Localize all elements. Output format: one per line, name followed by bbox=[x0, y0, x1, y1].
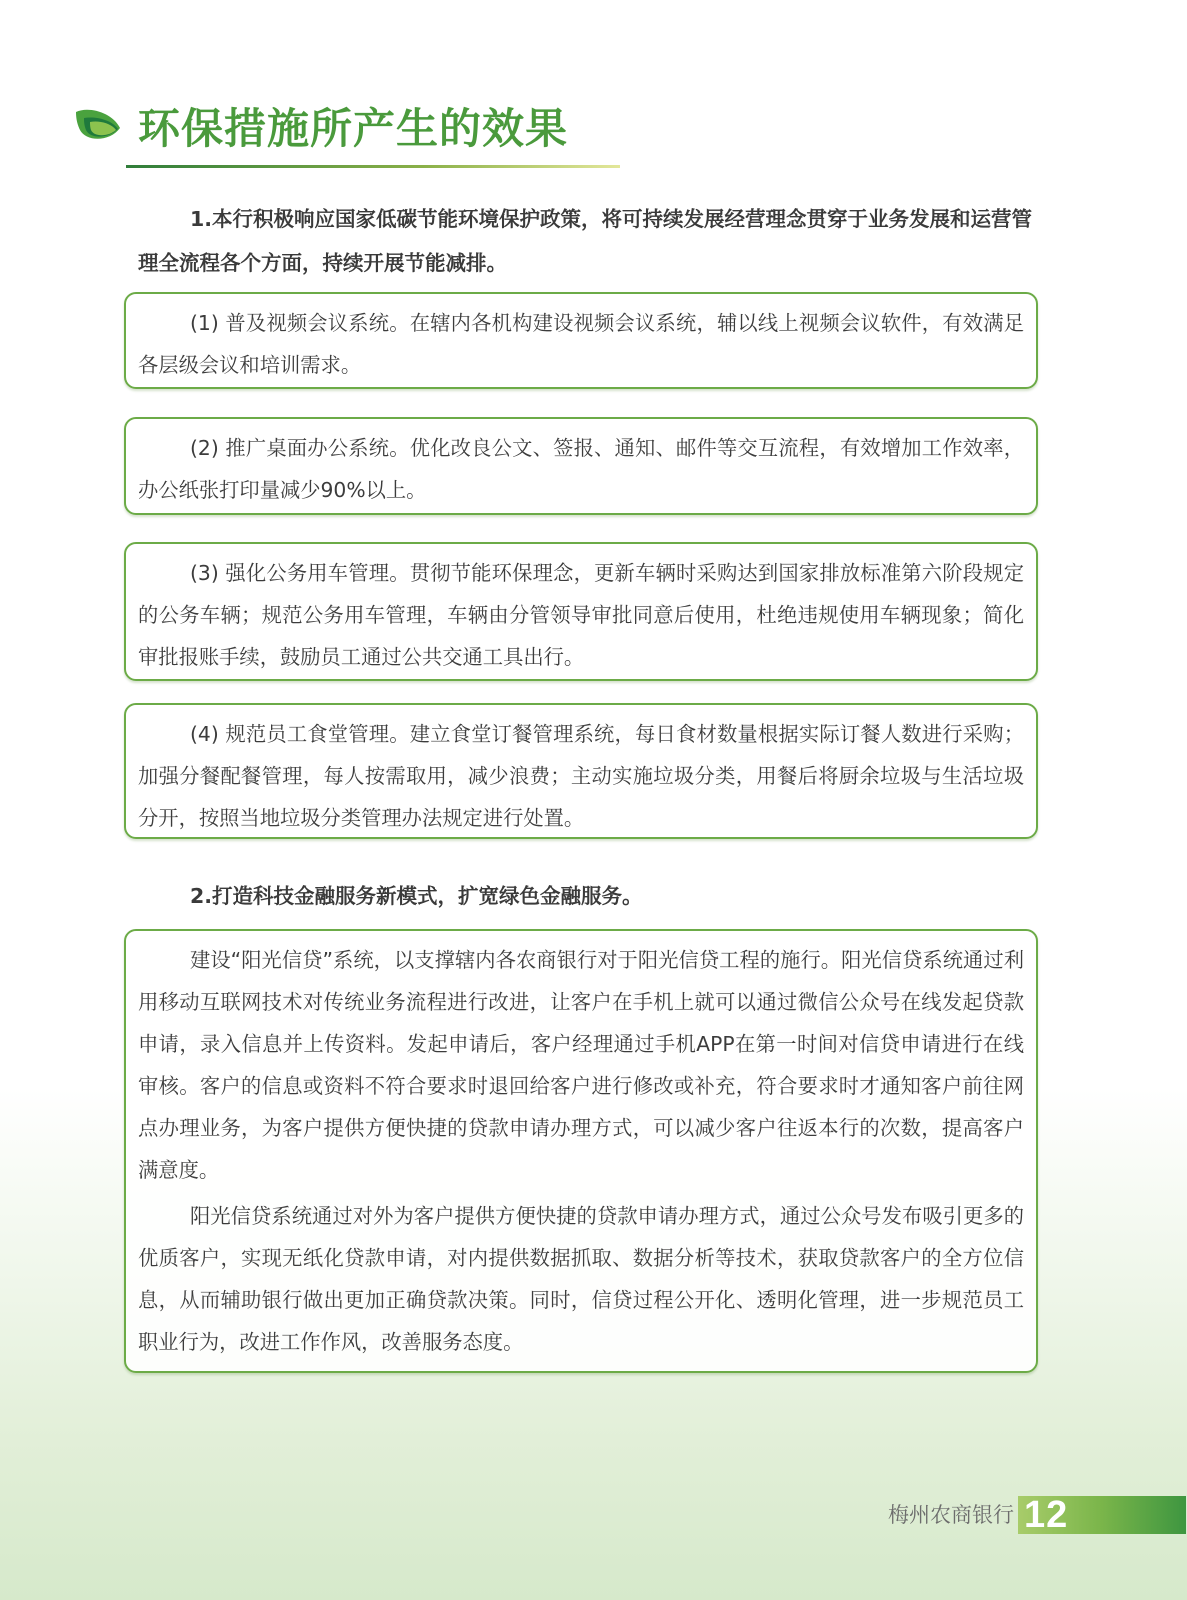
page-footer: 梅州农商银行 12 bbox=[888, 1495, 1186, 1535]
measure-text: (2) 推广桌面办公系统。优化改良公文、签报、通知、邮件等交互流程，有效增加工作… bbox=[138, 427, 1024, 511]
page-number: 12 bbox=[1024, 1496, 1068, 1534]
measure-box-vehicle-management: (3) 强化公务用车管理。贯彻节能环保理念，更新车辆时采购达到国家排放标准第六阶… bbox=[124, 542, 1038, 681]
measure-text: (4) 规范员工食堂管理。建立食堂订餐管理系统，每日食材数量根据实际订餐人数进行… bbox=[138, 713, 1024, 839]
section-2-heading: 2.打造科技金融服务新模式，扩宽绿色金融服务。 bbox=[138, 874, 1038, 918]
measure-box-canteen-management: (4) 规范员工食堂管理。建立食堂订餐管理系统，每日食材数量根据实际订餐人数进行… bbox=[124, 703, 1038, 839]
sunshine-credit-box: 建设“阳光信贷”系统，以支撑辖内各农商银行对于阳光信贷工程的施行。阳光信贷系统通… bbox=[124, 929, 1038, 1373]
measure-box-desktop-office: (2) 推广桌面办公系统。优化改良公文、签报、通知、邮件等交互流程，有效增加工作… bbox=[124, 417, 1038, 515]
measure-box-video-conference: (1) 普及视频会议系统。在辖内各机构建设视频会议系统，辅以线上视频会议软件，有… bbox=[124, 292, 1038, 389]
measure-text: (3) 强化公务用车管理。贯彻节能环保理念，更新车辆时采购达到国家排放标准第六阶… bbox=[138, 552, 1024, 678]
measure-text: (1) 普及视频会议系统。在辖内各机构建设视频会议系统，辅以线上视频会议软件，有… bbox=[138, 302, 1024, 386]
page-number-block: 12 bbox=[1018, 1496, 1186, 1534]
page-title: 环保措施所产生的效果 bbox=[138, 100, 568, 158]
page-header: 环保措施所产生的效果 bbox=[74, 100, 634, 170]
section-1-heading: 1.本行积极响应国家低碳节能环境保护政策，将可持续发展经营理念贯穿于业务发展和运… bbox=[138, 197, 1038, 285]
bank-name: 梅州农商银行 bbox=[888, 1495, 1014, 1535]
sunshine-credit-paragraph-2: 阳光信贷系统通过对外为客户提供方便快捷的贷款申请办理方式，通过公众号发布吸引更多… bbox=[138, 1195, 1024, 1363]
title-underline bbox=[126, 165, 620, 168]
leaf-icon bbox=[74, 108, 122, 144]
sunshine-credit-paragraph-1: 建设“阳光信贷”系统，以支撑辖内各农商银行对于阳光信贷工程的施行。阳光信贷系统通… bbox=[138, 939, 1024, 1191]
